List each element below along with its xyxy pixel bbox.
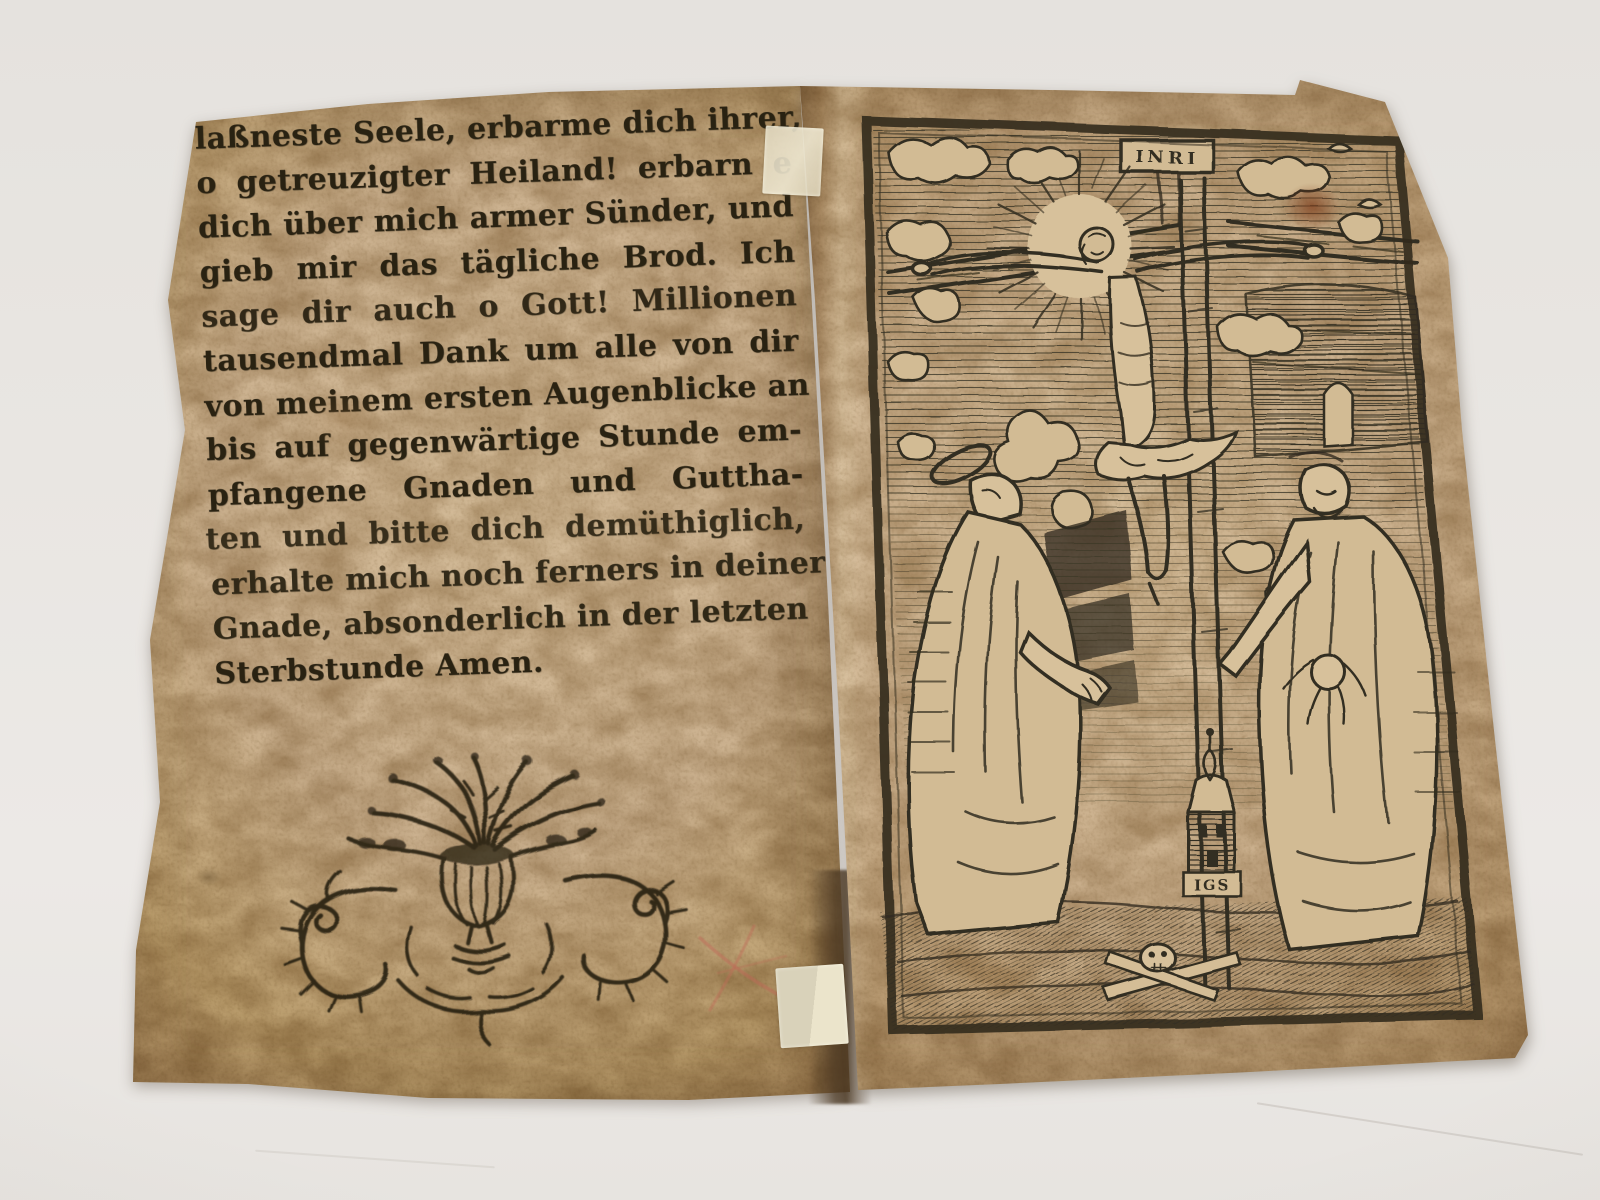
right-page: INRI (798, 72, 1538, 1102)
vase-of-flowers-ornament-icon (242, 742, 720, 1054)
tape-bottom (775, 964, 848, 1049)
ornament-base-scrolls (397, 924, 565, 1046)
crucifixion-woodcut-icon: INRI (858, 112, 1483, 1037)
ornament-right-scroll (565, 873, 688, 1001)
prayer-text-block: laßneste Seele, erbarme dich ihrer,o get… (194, 96, 811, 697)
crucifixion-woodcut: INRI (858, 112, 1483, 1037)
printer-ornament (242, 742, 720, 1054)
tape-top (762, 126, 823, 197)
inri-text: INRI (1136, 148, 1198, 168)
right-page-paper: INRI (798, 72, 1538, 1102)
igs-plaque: IGS (1183, 872, 1241, 896)
ornament-plumes (372, 753, 599, 853)
ornament-left-scroll (280, 870, 399, 1013)
ornament-urn (349, 831, 600, 975)
stain-spot (1283, 183, 1341, 231)
photo: { "left_page": { "prayer_lines": [ "laßn… (0, 0, 1600, 1200)
igs-text: IGS (1194, 876, 1231, 894)
photo-scene: laßneste Seele, erbarme dich ihrer,o get… (0, 0, 1600, 1200)
